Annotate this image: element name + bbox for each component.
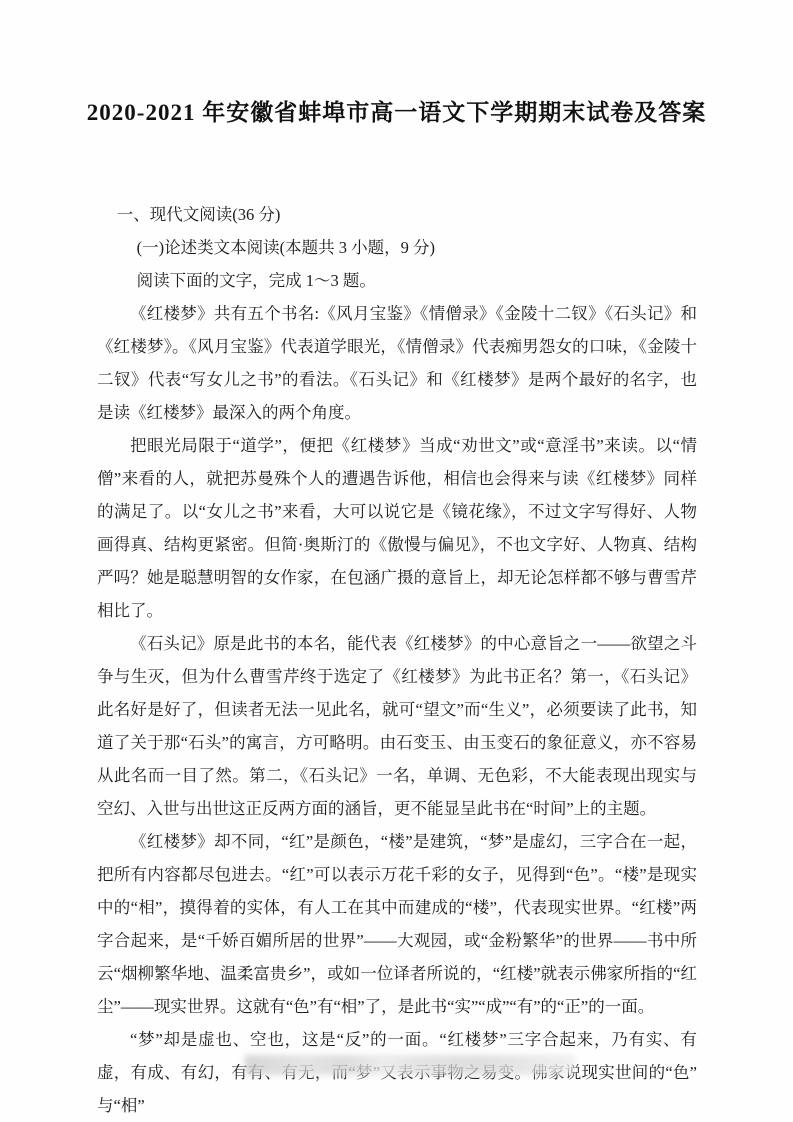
reading-instruction: 阅读下面的文字，完成 1～3 题。 xyxy=(97,264,697,297)
subsection-heading-argumentative-text: (一)论述类文本阅读(本题共 3 小题，9 分) xyxy=(97,231,697,264)
exam-document-page: 2020-2021 年安徽省蚌埠市高一语文下学期期末试卷及答案 一、现代文阅读(… xyxy=(0,0,793,1122)
paragraph-shitouji-original-name: 《石头记》原是此书的本名，能代表《红楼梦》的中心意旨之一——欲望之斗争与生灭，但… xyxy=(97,627,697,825)
document-title: 2020-2021 年安徽省蚌埠市高一语文下学期期末试卷及答案 xyxy=(60,98,733,128)
paragraph-hongloumeng-meaning: 《红楼梦》却不同，“红”是颜色，“楼”是建筑，“梦”是虚幻，三字合在一起，把所有… xyxy=(97,825,697,1023)
section-heading-modern-reading: 一、现代文阅读(36 分) xyxy=(97,198,697,231)
paragraph-book-names: 《红楼梦》共有五个书名:《风月宝鉴》《情僧录》《金陵十二钗》《石头记》和《红楼梦… xyxy=(97,297,697,429)
document-body: 一、现代文阅读(36 分) (一)论述类文本阅读(本题共 3 小题，9 分) 阅… xyxy=(97,198,697,1122)
blurred-watermark-strip xyxy=(245,1055,575,1075)
paragraph-daoxue-view: 把眼光局限于“道学”，便把《红楼梦》当成“劝世文”或“意淫书”来读。以“情僧”来… xyxy=(97,429,697,627)
